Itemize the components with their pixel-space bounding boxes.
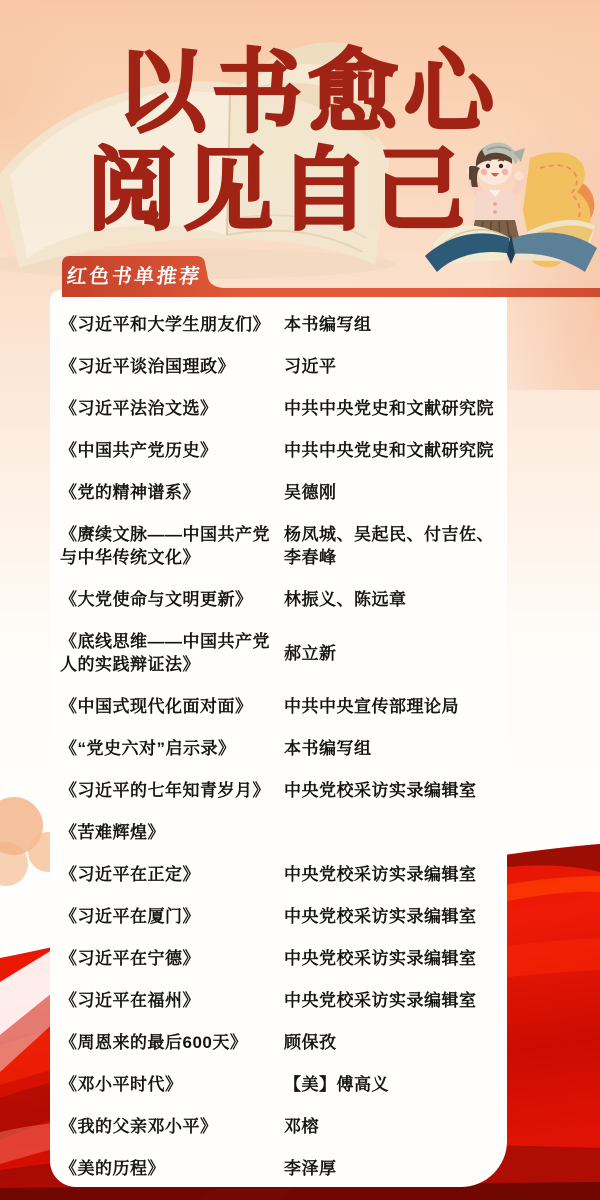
book-author: 中央党校采访实录编辑室 [284,989,496,1012]
book-author: 中央党校采访实录编辑室 [284,947,496,970]
book-author: 李泽厚 [284,1157,496,1180]
book-title: 《习近平在福州》 [60,989,274,1012]
list-item: 《中国共产党历史》 中共中央党史和文献研究院 [60,439,496,462]
book-title: 《周恩来的最后600天》 [60,1031,274,1054]
book-author: 林振义、陈远章 [284,588,496,611]
section-banner-label: 红色书单推荐 [65,260,204,289]
list-item: 《习近平在福州》 中央党校采访实录编辑室 [60,989,496,1012]
list-item: 《美的历程》 李泽厚 [60,1157,496,1180]
book-author: 中共中央党史和文献研究院 [284,439,496,462]
poster-title-line1: 以书愈心 [80,44,536,142]
book-title: 《苦难辉煌》 [60,821,274,844]
book-title: 《“党史六对”启示录》 [60,737,274,760]
book-author: 本书编写组 [284,313,496,336]
list-item: 《赓续文脉——中国共产党与中华传统文化》 杨凤城、吴起民、付吉佐、李春峰 [60,523,496,569]
list-item: 《习近平在正定》 中央党校采访实录编辑室 [60,863,496,886]
list-item: 《习近平的七年知青岁月》 中央党校采访实录编辑室 [60,779,496,802]
list-item: 《周恩来的最后600天》 顾保孜 [60,1031,496,1054]
book-title: 《党的精神谱系》 [60,481,274,504]
book-title: 《美的历程》 [60,1157,274,1180]
list-item: 《我的父亲邓小平》 邓榕 [60,1115,496,1138]
book-title: 《习近平谈治国理政》 [60,355,274,378]
book-title: 《习近平在正定》 [60,863,274,886]
book-author: 邓榕 [284,1115,496,1138]
list-item: 《中国式现代化面对面》 中共中央宣传部理论局 [60,695,496,718]
book-title: 《邓小平时代》 [60,1073,274,1096]
book-title: 《底线思维——中国共产党人的实践辩证法》 [60,630,274,676]
list-item: 《习近平谈治国理政》 习近平 [60,355,496,378]
book-title: 《习近平和大学生朋友们》 [60,313,274,336]
book-author: 【美】傅高义 [284,1073,496,1096]
list-item: 《党的精神谱系》 吴德刚 [60,481,496,504]
list-item: 《习近平在宁德》 中央党校采访实录编辑室 [60,947,496,970]
reading-list-poster: 以书愈心 阅见自己 红色书单推荐 [0,0,600,1200]
book-title: 《中国共产党历史》 [60,439,274,462]
book-title: 《习近平在宁德》 [60,947,274,970]
book-author: 顾保孜 [284,1031,496,1054]
book-title: 《习近平法治文选》 [60,397,274,420]
book-author: 中央党校采访实录编辑室 [284,779,496,802]
book-author: 中共中央党史和文献研究院 [284,397,496,420]
list-item: 《“党史六对”启示录》 本书编写组 [60,737,496,760]
list-item: 《大党使命与文明更新》 林振义、陈远章 [60,588,496,611]
girl-reading-illustration [425,140,600,295]
list-item: 《习近平法治文选》 中共中央党史和文献研究院 [60,397,496,420]
book-title: 《我的父亲邓小平》 [60,1115,274,1138]
book-author: 中央党校采访实录编辑室 [284,863,496,886]
list-item: 《邓小平时代》 【美】傅高义 [60,1073,496,1096]
list-item: 《底线思维——中国共产党人的实践辩证法》 郝立新 [60,630,496,676]
book-author: 吴德刚 [284,481,496,504]
book-title: 《大党使命与文明更新》 [60,588,274,611]
book-author: 本书编写组 [284,737,496,760]
book-author: 郝立新 [284,642,496,665]
list-item: 《习近平在厦门》 中央党校采访实录编辑室 [60,905,496,928]
book-author: 习近平 [284,355,496,378]
book-title: 《习近平在厦门》 [60,905,274,928]
book-author: 中央党校采访实录编辑室 [284,905,496,928]
list-item: 《习近平和大学生朋友们》 本书编写组 [60,313,496,336]
list-item: 《苦难辉煌》 [60,821,496,844]
book-author: 中共中央宣传部理论局 [284,695,496,718]
book-author: 杨凤城、吴起民、付吉佐、李春峰 [284,523,496,569]
book-list: 《习近平和大学生朋友们》 本书编写组 《习近平谈治国理政》 习近平 《习近平法治… [60,313,496,1199]
book-title: 《中国式现代化面对面》 [60,695,274,718]
book-title: 《习近平的七年知青岁月》 [60,779,274,802]
book-title: 《赓续文脉——中国共产党与中华传统文化》 [60,523,274,569]
